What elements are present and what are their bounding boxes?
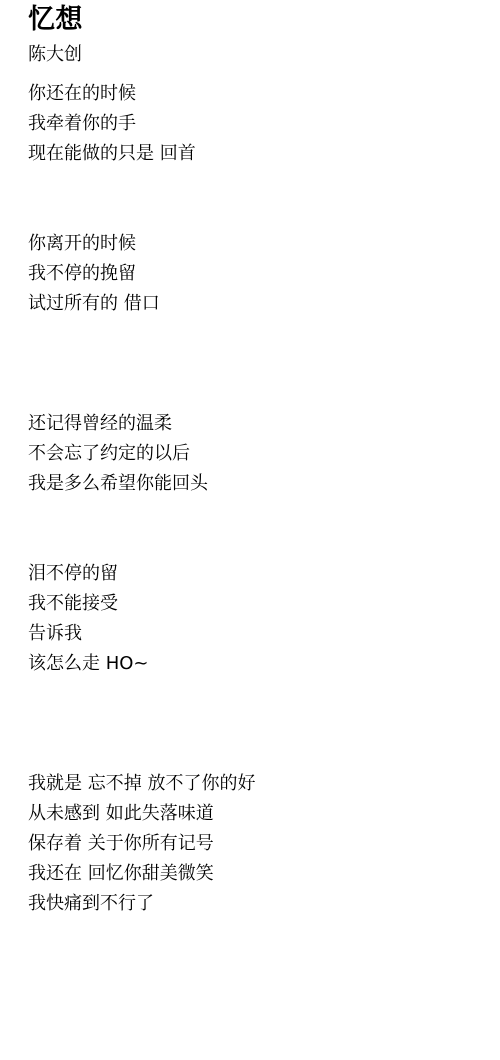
lyric-line: 从未感到 如此失落味道	[28, 799, 490, 829]
song-title: 忆想	[28, 2, 490, 38]
lyric-line: 我不能接受	[28, 589, 490, 619]
stanza-2: 你离开的时候 我不停的挽留 试过所有的 借口	[28, 229, 490, 319]
stanza-4: 泪不停的留 我不能接受 告诉我 该怎么走 HO~	[28, 559, 490, 679]
lyric-line: 还记得曾经的温柔	[28, 409, 490, 439]
lyric-line: 我牵着你的手	[28, 109, 490, 139]
lyric-line: 你离开的时候	[28, 229, 490, 259]
lyric-line: 我就是 忘不掉 放不了你的好	[28, 769, 490, 799]
stanza-5: 我就是 忘不掉 放不了你的好 从未感到 如此失落味道 保存着 关于你所有记号 我…	[28, 769, 490, 919]
lyric-line: 告诉我	[28, 619, 490, 649]
lyric-line: 我还在 回忆你甜美微笑	[28, 859, 490, 889]
lyric-line: 我不停的挽留	[28, 259, 490, 289]
lyric-line: 我快痛到不行了	[28, 889, 490, 919]
lyric-line: 试过所有的 借口	[28, 289, 490, 319]
lyric-line: 你还在的时候	[28, 79, 490, 109]
stanza-1: 你还在的时候 我牵着你的手 现在能做的只是 回首	[28, 79, 490, 169]
lyric-line: 保存着 关于你所有记号	[28, 829, 490, 859]
lyric-line: 我是多么希望你能回头	[28, 469, 490, 499]
lyric-line: 现在能做的只是 回首	[28, 139, 490, 169]
lyrics-page: 忆想 陈大创 你还在的时候 我牵着你的手 现在能做的只是 回首 你离开的时候 我…	[0, 0, 500, 919]
artist-name: 陈大创	[28, 40, 490, 70]
lyric-line: 该怎么走 HO~	[28, 649, 490, 679]
lyric-line: 泪不停的留	[28, 559, 490, 589]
lyric-line: 不会忘了约定的以后	[28, 439, 490, 469]
stanza-3: 还记得曾经的温柔 不会忘了约定的以后 我是多么希望你能回头	[28, 409, 490, 499]
